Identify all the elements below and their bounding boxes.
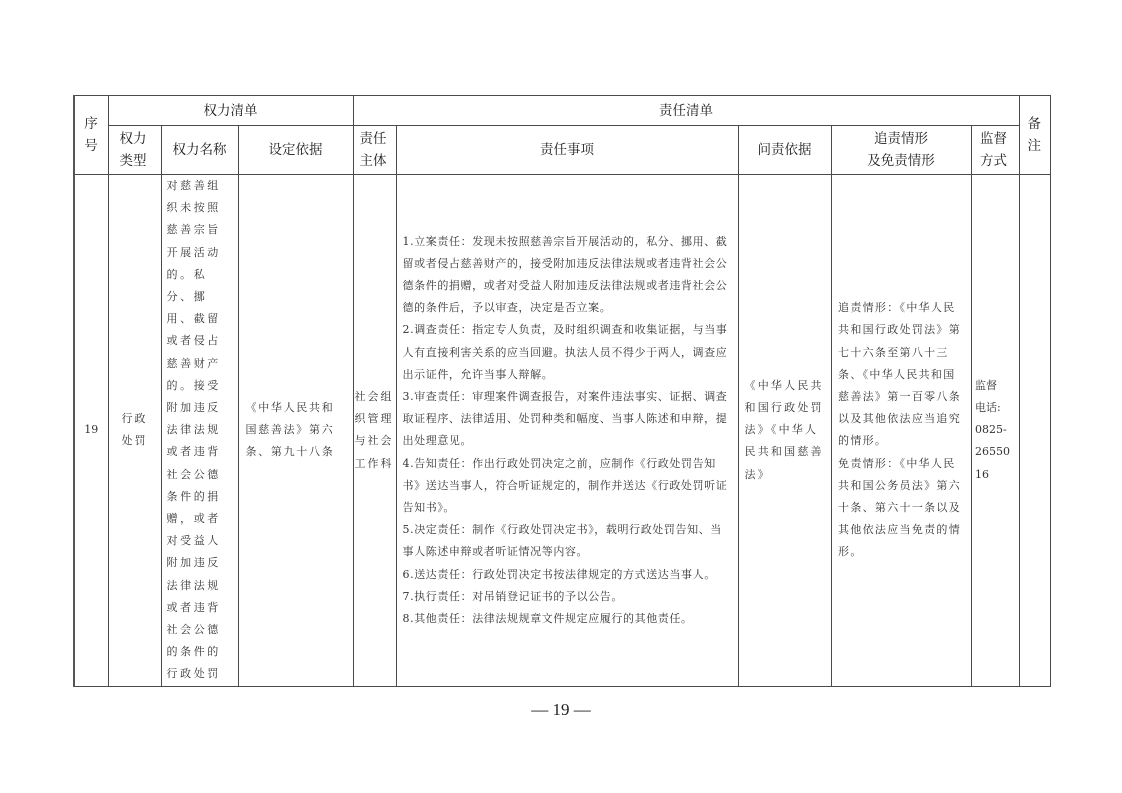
header-supervision-method: 监督方式 xyxy=(971,126,1019,175)
duty-item: 6.送达责任：行政处罚决定书按法律规定的方式送达当事人。 xyxy=(403,564,732,586)
header-responsibility-items: 责任事项 xyxy=(396,126,738,175)
cell-power-type: 行政处罚 xyxy=(108,175,161,687)
duty-item: 2.调查责任：指定专人负责，及时组织调查和收集证据，与当事人有直接利害关系的应当… xyxy=(403,319,732,386)
page-number: — 19 — xyxy=(0,700,1122,720)
header-seq: 序号 xyxy=(74,96,108,175)
header-accountability-basis: 问责依据 xyxy=(738,126,831,175)
header-responsibility-list: 责任清单 xyxy=(353,96,1019,126)
header-remarks: 备注 xyxy=(1019,96,1050,175)
duty-item: 3.审查责任：审理案件调查报告，对案件违法事实、证据、调查取证程序、法律适用、处… xyxy=(403,386,732,453)
header-power-type: 权力类型 xyxy=(108,126,161,175)
cell-responsibility-items: 1.立案责任：发现未按照慈善宗旨开展活动的，私分、挪用、截留或者侵占慈善财产的，… xyxy=(396,175,738,687)
header-power-name: 权力名称 xyxy=(161,126,238,175)
header-accountability-exemption: 追责情形 及免责情形 xyxy=(831,126,971,175)
cell-legal-basis: 《中华人民共和国慈善法》第六条、第九十八条 xyxy=(238,175,353,687)
table-row: 19 行政处罚 对慈善组织未按照慈善宗旨开展活动的。私分、挪用、截留或者侵占慈善… xyxy=(74,175,1050,687)
cell-power-name: 对慈善组织未按照慈善宗旨开展活动的。私分、挪用、截留或者侵占慈善财产的。接受附加… xyxy=(161,175,238,687)
document-page: 序号 权力清单 责任清单 备注 权力类型 权力名称 设定依据 责任主体 责任事项… xyxy=(0,0,1122,793)
cell-accountability-basis: 《中华人民共和国行政处罚法》《中华人民共和国慈善法》 xyxy=(738,175,831,687)
cell-accountability-exemption: 追责情形：《中华人民共和国行政处罚法》第七十六条至第八十三条、《中华人民共和国慈… xyxy=(831,175,971,687)
header-legal-basis: 设定依据 xyxy=(238,126,353,175)
cell-responsible-subject: 社会组织管理与社会工作科 xyxy=(353,175,396,687)
exemption-clause: 免责情形：《中华人民共和国公务员法》第六十条、第六十一条以及其他依法应当免责的情… xyxy=(838,453,964,564)
header-row-top: 序号 权力清单 责任清单 备注 xyxy=(74,96,1050,126)
duty-item: 8.其他责任：法律法规规章文件规定应履行的其他责任。 xyxy=(403,608,732,630)
duty-item: 1.立案责任：发现未按照慈善宗旨开展活动的，私分、挪用、截留或者侵占慈善财产的，… xyxy=(403,231,732,320)
cell-supervision-method: 监督 电话: 0825- 2655016 xyxy=(971,175,1019,687)
header-power-list: 权力清单 xyxy=(108,96,353,126)
header-row-sub: 权力类型 权力名称 设定依据 责任主体 责任事项 问责依据 追责情形 及免责情形… xyxy=(74,126,1050,175)
cell-remarks xyxy=(1019,175,1050,687)
duty-item: 7.执行责任：对吊销登记证书的予以公告。 xyxy=(403,586,732,608)
duty-item: 4.告知责任：作出行政处罚决定之前，应制作《行政处罚告知书》送达当事人，符合听证… xyxy=(403,453,732,520)
accountability-clause: 追责情形：《中华人民共和国行政处罚法》第七十六条至第八十三条、《中华人民共和国慈… xyxy=(838,297,964,452)
header-responsible-subject: 责任主体 xyxy=(353,126,396,175)
duty-item: 5.决定责任：制作《行政处罚决定书》，载明行政处罚告知、当事人陈述申辩或者听证情… xyxy=(403,519,732,563)
cell-seq: 19 xyxy=(74,175,108,687)
power-responsibility-table: 序号 权力清单 责任清单 备注 权力类型 权力名称 设定依据 责任主体 责任事项… xyxy=(73,95,1051,687)
